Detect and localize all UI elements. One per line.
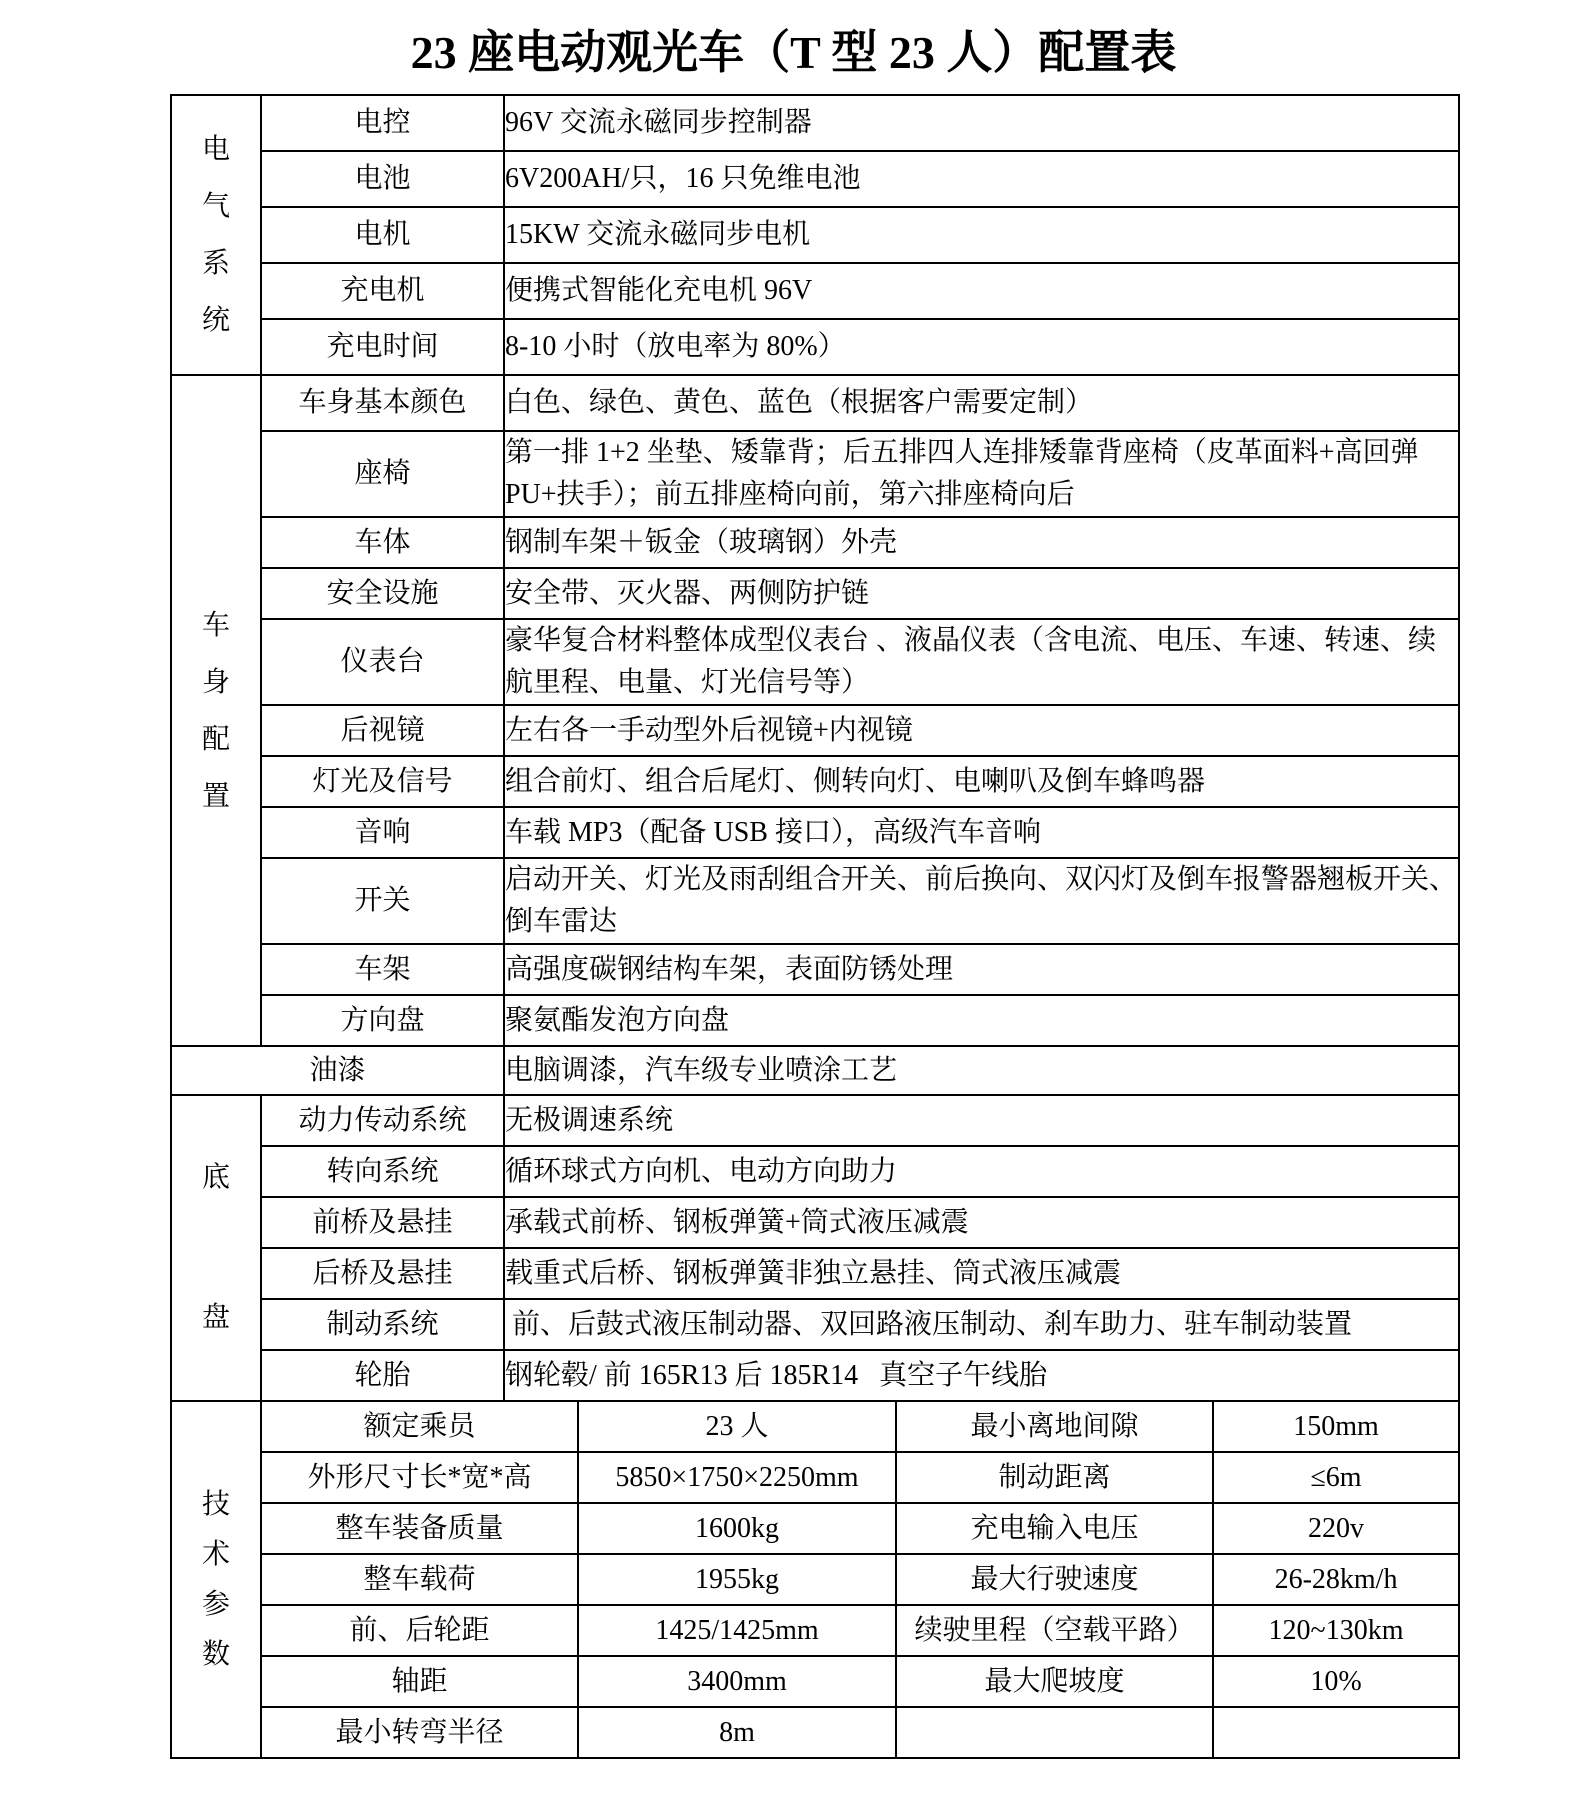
label-cell: 充电时间 (261, 319, 504, 375)
table-row: 转向系统 循环球式方向机、电动方向助力 (171, 1146, 1459, 1197)
group-body-cell: 车 身 配 置 (171, 375, 261, 1046)
value-cell: 车载 MP3（配备 USB 接口），高级汽车音响 (504, 807, 1459, 858)
tech-label-cell: 额定乘员 (261, 1401, 578, 1452)
value-cell: 6V200AH/只，16 只免维电池 (504, 151, 1459, 207)
label-cell: 车架 (261, 944, 504, 995)
label-cell: 开关 (261, 858, 504, 944)
tech-label-cell: 最小离地间隙 (896, 1401, 1213, 1452)
tech-value-cell: 8m (578, 1707, 896, 1758)
value-cell: 前、后鼓式液压制动器、双回路液压制动、刹车助力、驻车制动装置 (504, 1299, 1459, 1350)
value-cell: 电脑调漆，汽车级专业喷涂工艺 (504, 1046, 1459, 1095)
group-chassis-cell: 底 盘 (171, 1095, 261, 1401)
tech-value-cell: 1425/1425mm (578, 1605, 896, 1656)
table-row: 音响 车载 MP3（配备 USB 接口），高级汽车音响 (171, 807, 1459, 858)
table-row: 车体 钢制车架＋钣金（玻璃钢）外壳 (171, 517, 1459, 568)
value-cell: 安全带、灭火器、两侧防护链 (504, 568, 1459, 619)
label-cell: 仪表台 (261, 619, 504, 705)
tech-label-cell: 整车装备质量 (261, 1503, 578, 1554)
label-cell: 电机 (261, 207, 504, 263)
table-row: 车架 高强度碳钢结构车架，表面防锈处理 (171, 944, 1459, 995)
label-cell: 制动系统 (261, 1299, 504, 1350)
label-cell: 轮胎 (261, 1350, 504, 1401)
table-row: 电池 6V200AH/只，16 只免维电池 (171, 151, 1459, 207)
label-cell: 转向系统 (261, 1146, 504, 1197)
value-cell: 高强度碳钢结构车架，表面防锈处理 (504, 944, 1459, 995)
table-row: 轮胎 钢轮毂/ 前 165R13 后 185R14 真空子午线胎 (171, 1350, 1459, 1401)
table-row: 充电机 便携式智能化充电机 96V (171, 263, 1459, 319)
group-electrical-cell: 电 气 系 统 (171, 95, 261, 375)
table-row: 底 盘 动力传动系统 无极调速系统 (171, 1095, 1459, 1146)
tech-value-cell: 26-28km/h (1213, 1554, 1459, 1605)
tech-value-cell: 120~130km (1213, 1605, 1459, 1656)
tech-label-cell: 外形尺寸长*宽*高 (261, 1452, 578, 1503)
table-row: 座椅 第一排 1+2 坐垫、矮靠背；后五排四人连排矮靠背座椅（皮革面料+高回弹 … (171, 431, 1459, 517)
label-cell: 方向盘 (261, 995, 504, 1046)
label-cell: 后桥及悬挂 (261, 1248, 504, 1299)
tech-value-cell: 1955kg (578, 1554, 896, 1605)
paint-label-cell: 油漆 (171, 1046, 504, 1095)
table-row: 开关 启动开关、灯光及雨刮组合开关、前后换向、双闪灯及倒车报警器翘板开关、倒车雷… (171, 858, 1459, 944)
tech-label-cell: 前、后轮距 (261, 1605, 578, 1656)
table-row: 整车载荷 1955kg 最大行驶速度 26-28km/h (171, 1554, 1459, 1605)
table-row: 油漆 电脑调漆，汽车级专业喷涂工艺 (171, 1046, 1459, 1095)
table-row: 灯光及信号 组合前灯、组合后尾灯、侧转向灯、电喇叭及倒车蜂鸣器 (171, 756, 1459, 807)
table-row: 充电时间 8-10 小时（放电率为 80%） (171, 319, 1459, 375)
tech-label-cell: 最大行驶速度 (896, 1554, 1213, 1605)
tech-value-cell: 3400mm (578, 1656, 896, 1707)
table-row: 整车装备质量 1600kg 充电输入电压 220v (171, 1503, 1459, 1554)
group-tech-cell: 技 术 参 数 (171, 1401, 261, 1758)
value-cell: 8-10 小时（放电率为 80%） (504, 319, 1459, 375)
value-cell: 承载式前桥、钢板弹簧+筒式液压减震 (504, 1197, 1459, 1248)
label-cell: 充电机 (261, 263, 504, 319)
tech-label-cell: 制动距离 (896, 1452, 1213, 1503)
table-row: 外形尺寸长*宽*高 5850×1750×2250mm 制动距离 ≤6m (171, 1452, 1459, 1503)
table-row: 前桥及悬挂 承载式前桥、钢板弹簧+筒式液压减震 (171, 1197, 1459, 1248)
label-cell: 车体 (261, 517, 504, 568)
value-cell: 聚氨酯发泡方向盘 (504, 995, 1459, 1046)
label-cell: 安全设施 (261, 568, 504, 619)
tech-value-cell: 1600kg (578, 1503, 896, 1554)
table-row: 电 气 系 统 电控 96V 交流永磁同步控制器 (171, 95, 1459, 151)
table-row: 仪表台 豪华复合材料整体成型仪表台 、液晶仪表（含电流、电压、车速、转速、续航里… (171, 619, 1459, 705)
tech-value-cell (1213, 1707, 1459, 1758)
value-cell: 豪华复合材料整体成型仪表台 、液晶仪表（含电流、电压、车速、转速、续航里程、电量… (504, 619, 1459, 705)
table-row: 技 术 参 数 额定乘员 23 人 最小离地间隙 150mm (171, 1401, 1459, 1452)
tech-label-cell: 整车载荷 (261, 1554, 578, 1605)
table-row: 轴距 3400mm 最大爬坡度 10% (171, 1656, 1459, 1707)
value-cell: 循环球式方向机、电动方向助力 (504, 1146, 1459, 1197)
tech-label-cell: 续驶里程（空载平路） (896, 1605, 1213, 1656)
tech-value-cell: 150mm (1213, 1401, 1459, 1452)
value-cell: 钢轮毂/ 前 165R13 后 185R14 真空子午线胎 (504, 1350, 1459, 1401)
label-cell: 动力传动系统 (261, 1095, 504, 1146)
tech-value-cell: ≤6m (1213, 1452, 1459, 1503)
spec-table: 电 气 系 统 电控 96V 交流永磁同步控制器 电池 6V200AH/只，16… (170, 94, 1460, 1759)
table-row: 后桥及悬挂 载重式后桥、钢板弹簧非独立悬挂、筒式液压减震 (171, 1248, 1459, 1299)
value-cell: 钢制车架＋钣金（玻璃钢）外壳 (504, 517, 1459, 568)
tech-value-cell: 5850×1750×2250mm (578, 1452, 896, 1503)
label-cell: 车身基本颜色 (261, 375, 504, 431)
tech-value-cell: 23 人 (578, 1401, 896, 1452)
label-cell: 后视镜 (261, 705, 504, 756)
table-row: 电机 15KW 交流永磁同步电机 (171, 207, 1459, 263)
tech-label-cell: 充电输入电压 (896, 1503, 1213, 1554)
table-row: 制动系统 前、后鼓式液压制动器、双回路液压制动、刹车助力、驻车制动装置 (171, 1299, 1459, 1350)
value-cell: 白色、绿色、黄色、蓝色（根据客户需要定制） (504, 375, 1459, 431)
table-row: 车 身 配 置 车身基本颜色 白色、绿色、黄色、蓝色（根据客户需要定制） (171, 375, 1459, 431)
value-cell: 载重式后桥、钢板弹簧非独立悬挂、筒式液压减震 (504, 1248, 1459, 1299)
value-cell: 15KW 交流永磁同步电机 (504, 207, 1459, 263)
tech-value-cell: 10% (1213, 1656, 1459, 1707)
label-cell: 电池 (261, 151, 504, 207)
tech-value-cell: 220v (1213, 1503, 1459, 1554)
document-page: 23 座电动观光车（T 型 23 人）配置表 电 气 系 统 电控 96V 交流… (0, 0, 1587, 1793)
value-cell: 便携式智能化充电机 96V (504, 263, 1459, 319)
table-row: 前、后轮距 1425/1425mm 续驶里程（空载平路） 120~130km (171, 1605, 1459, 1656)
page-title: 23 座电动观光车（T 型 23 人）配置表 (0, 16, 1587, 82)
table-row: 后视镜 左右各一手动型外后视镜+内视镜 (171, 705, 1459, 756)
label-cell: 前桥及悬挂 (261, 1197, 504, 1248)
tech-label-cell: 最小转弯半径 (261, 1707, 578, 1758)
table-row: 最小转弯半径 8m (171, 1707, 1459, 1758)
value-cell: 96V 交流永磁同步控制器 (504, 95, 1459, 151)
value-cell: 组合前灯、组合后尾灯、侧转向灯、电喇叭及倒车蜂鸣器 (504, 756, 1459, 807)
value-cell: 启动开关、灯光及雨刮组合开关、前后换向、双闪灯及倒车报警器翘板开关、倒车雷达 (504, 858, 1459, 944)
label-cell: 灯光及信号 (261, 756, 504, 807)
tech-label-cell (896, 1707, 1213, 1758)
value-cell: 左右各一手动型外后视镜+内视镜 (504, 705, 1459, 756)
tech-label-cell: 轴距 (261, 1656, 578, 1707)
table-row: 方向盘 聚氨酯发泡方向盘 (171, 995, 1459, 1046)
table-row: 安全设施 安全带、灭火器、两侧防护链 (171, 568, 1459, 619)
tech-label-cell: 最大爬坡度 (896, 1656, 1213, 1707)
label-cell: 座椅 (261, 431, 504, 517)
value-cell: 无极调速系统 (504, 1095, 1459, 1146)
value-cell: 第一排 1+2 坐垫、矮靠背；后五排四人连排矮靠背座椅（皮革面料+高回弹 PU+… (504, 431, 1459, 517)
label-cell: 电控 (261, 95, 504, 151)
label-cell: 音响 (261, 807, 504, 858)
